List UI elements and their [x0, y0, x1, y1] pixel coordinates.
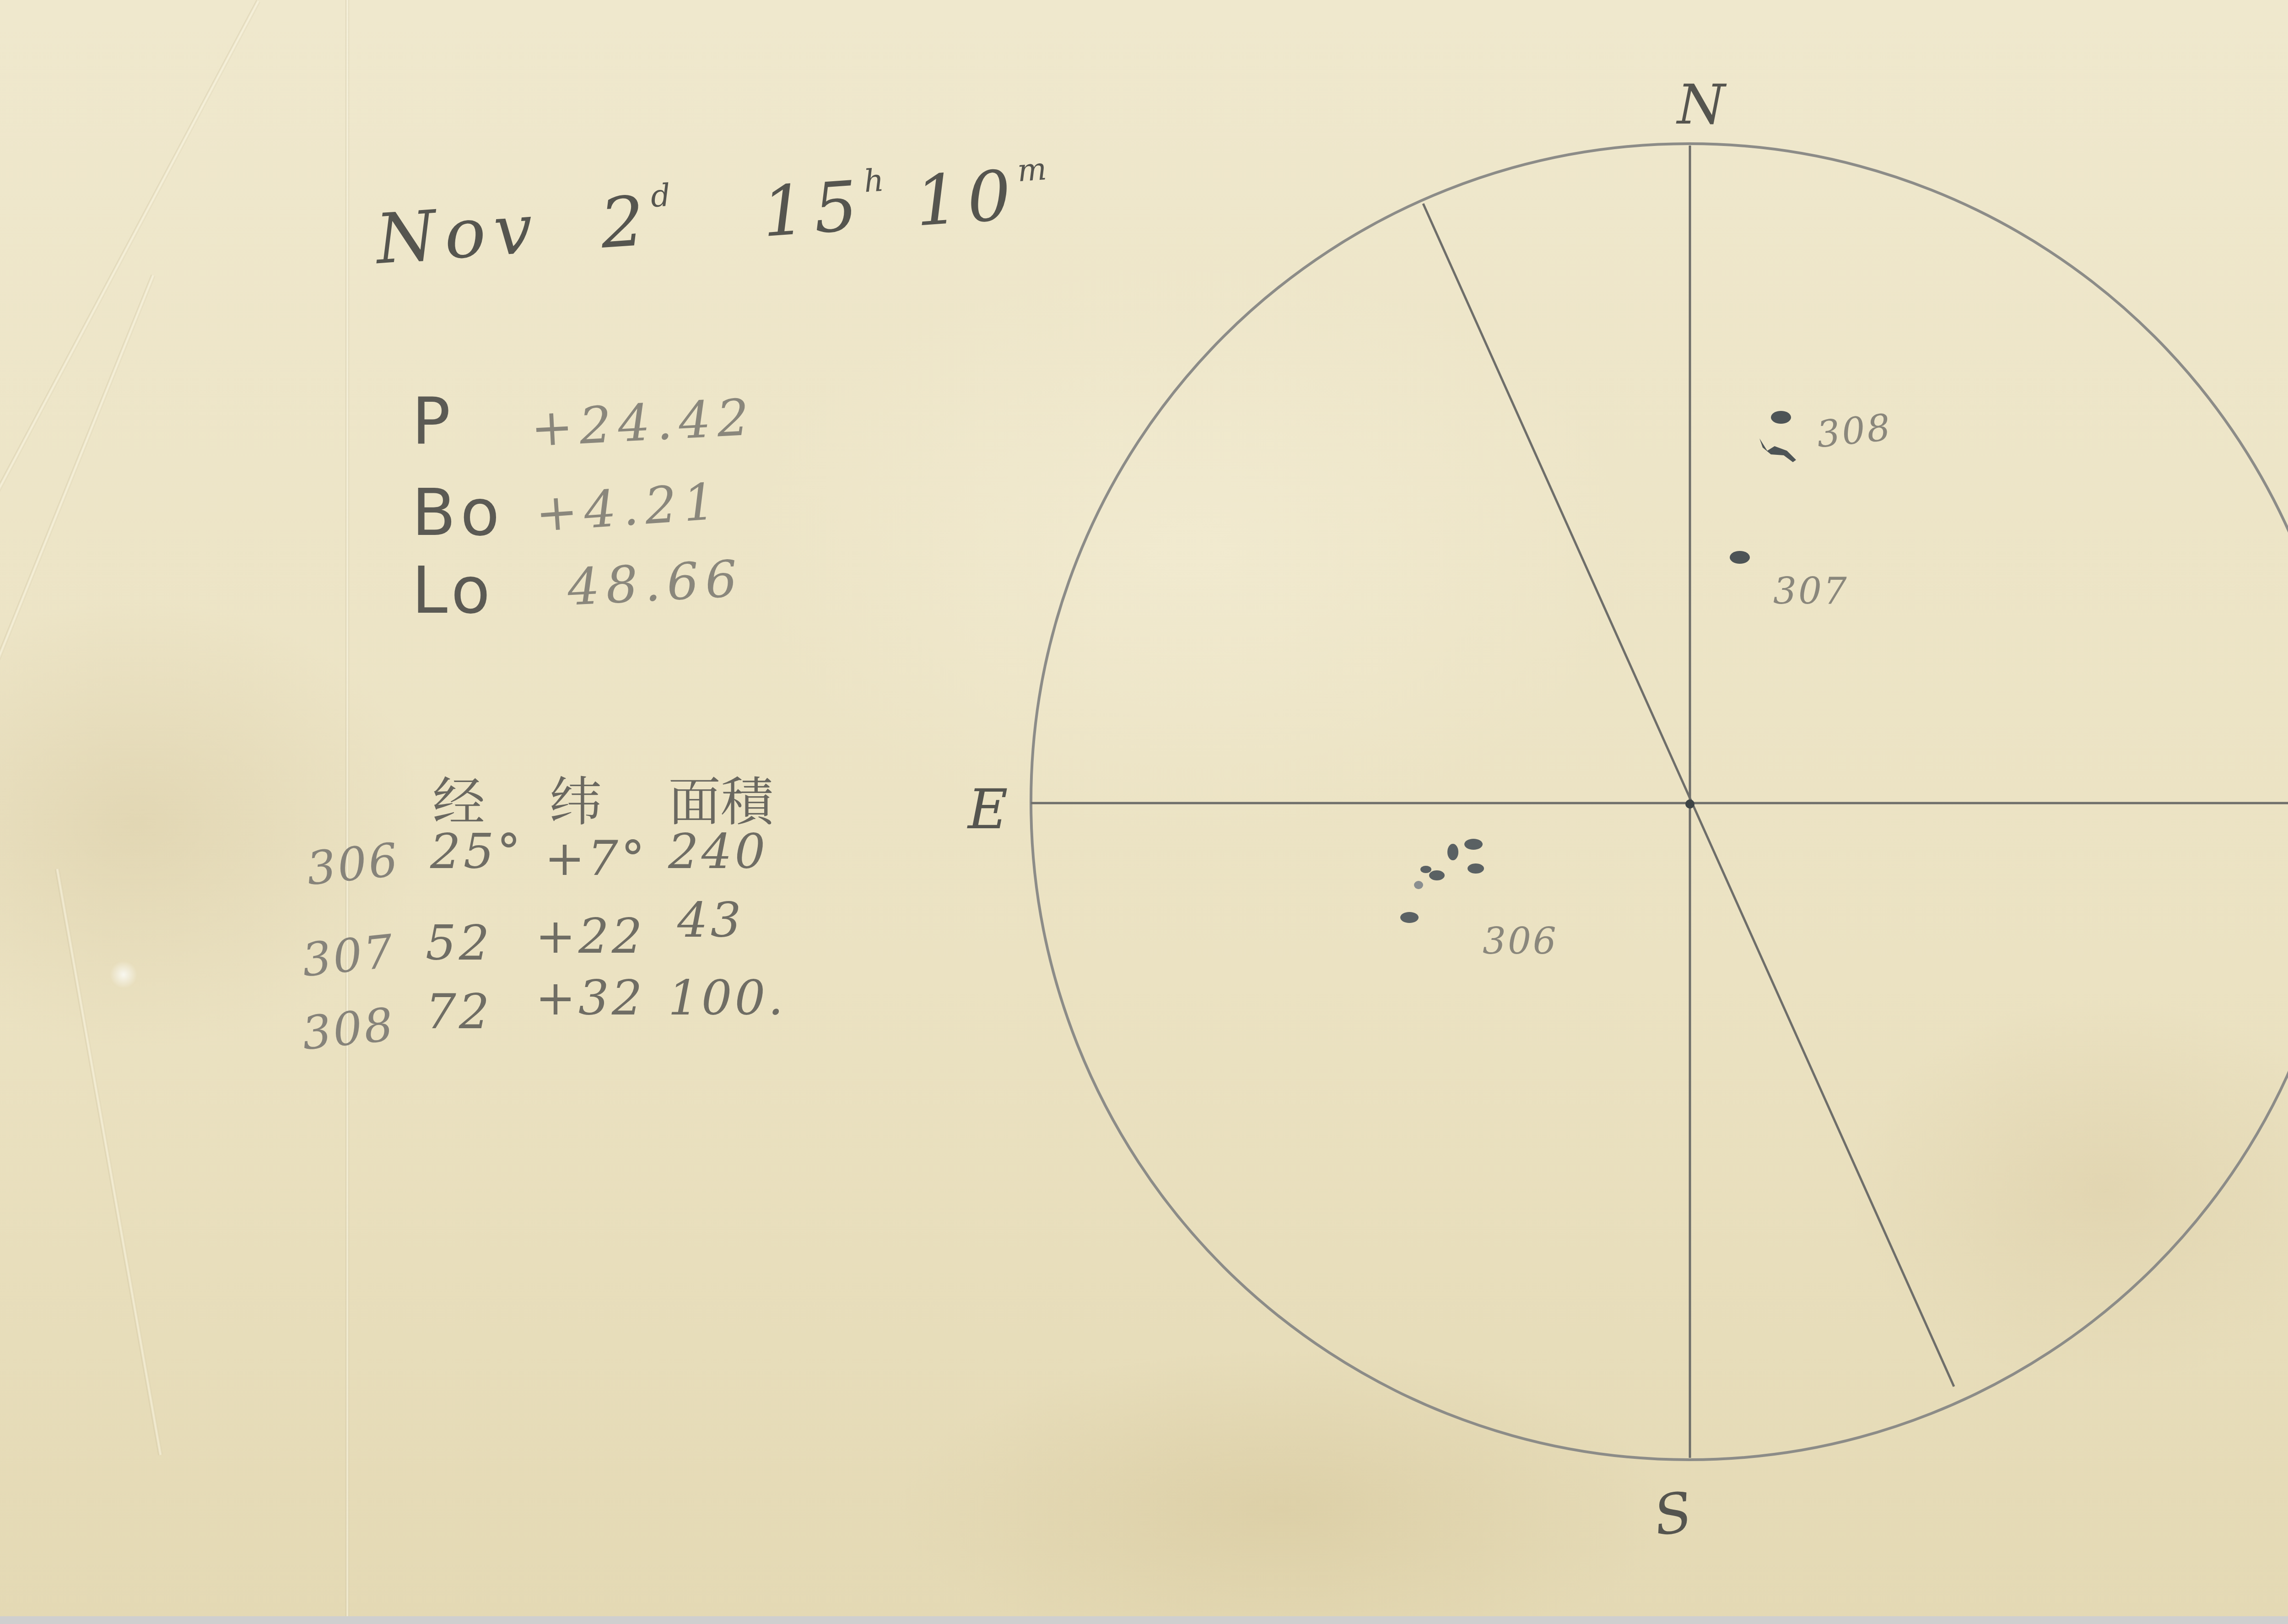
- solar-disk-drawing: [0, 0, 2288, 1624]
- sunspot-label-306: 306: [1483, 920, 1558, 962]
- solar-disk-outline: [1031, 144, 2288, 1460]
- sunspot: [1420, 866, 1431, 873]
- sunspot: [1447, 844, 1458, 860]
- sunspot-label-308: 308: [1815, 406, 1894, 456]
- sunspot-group-307: [1730, 551, 1750, 564]
- sunspot-group-306: [1400, 839, 1484, 923]
- sunspot: [1730, 551, 1750, 564]
- cardinal-north-label: N: [1677, 73, 1725, 137]
- sunspot: [1771, 411, 1791, 424]
- sunspot: [1429, 870, 1445, 880]
- cardinal-east-label: E: [968, 778, 1008, 842]
- sunspot-group-308: [1759, 411, 1796, 462]
- sunspot: [1400, 912, 1419, 923]
- sunspot-label-307: 307: [1773, 570, 1849, 612]
- paper-hole: [110, 961, 137, 988]
- solar-rotation-axis-line: [1423, 204, 1954, 1387]
- sunspot: [1468, 863, 1484, 874]
- sunspot: [1464, 839, 1483, 850]
- sunspot: [1759, 438, 1796, 462]
- disk-center-point: [1685, 799, 1694, 809]
- sunspot: [1414, 881, 1423, 889]
